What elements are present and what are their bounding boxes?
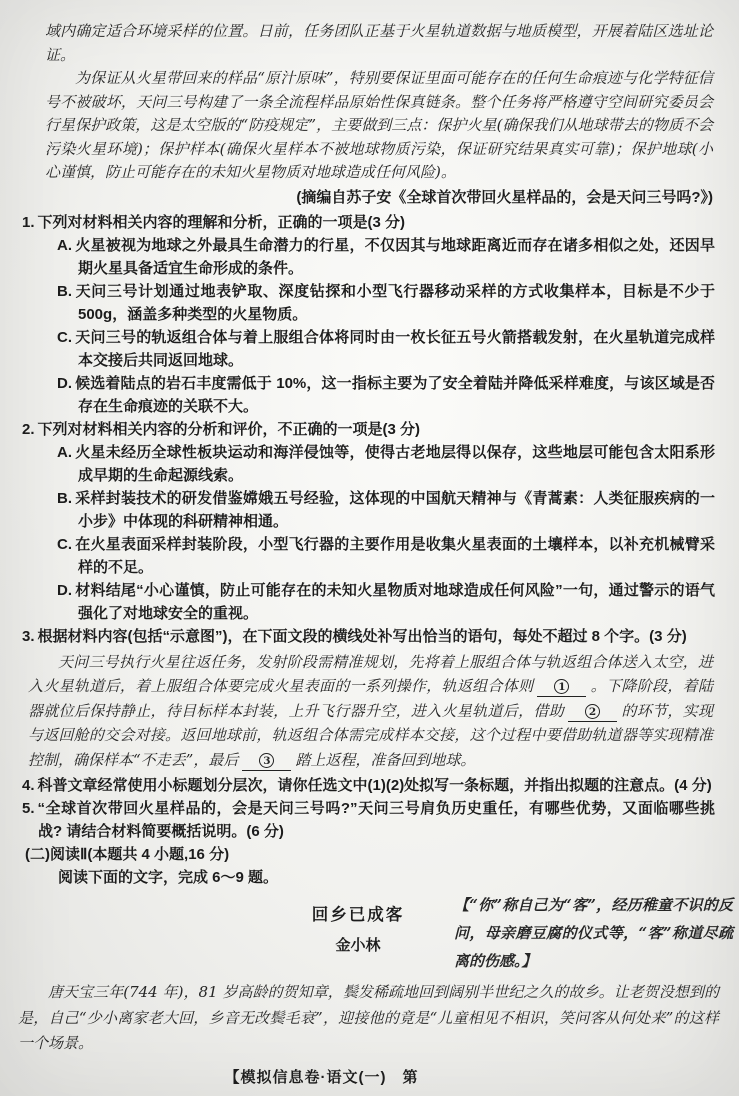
material-attribution: (摘编自苏子安《全球首次带回火星样品的，会是天问三号吗?》) [45,186,713,209]
question-number: 5. [22,800,38,817]
reading-title: 回乡已成客 [300,904,416,927]
material-paragraph-protection: 为保证从火星带回来的样品“原汁原味”，特别要保证里面可能存在的任何生命痕迹与化学… [45,67,713,185]
question-5-stem: 5.“全球首次带回火星样品的，会是天问三号吗?”天问三号肩负历史重任，有哪些优势… [22,797,715,843]
question-text: 下列对材料相关内容的分析和评价，不正确的一项是(3 分) [38,421,421,438]
option-text: 火星被视为地球之外最具生命潜力的行星，不仅因其与地球距离近而存在诸多相似之处，还… [75,237,715,277]
question-1: 1.下列对材料相关内容的理解和分析，正确的一项是(3 分) A.火星被视为地球之… [0,211,739,418]
reading-title-block: 回乡已成客 金小林 【“你”称自己为“客”，经历稚童不识的反问，母亲磨豆腐的仪式… [0,891,739,975]
question-1-option-d: D.候选着陆点的岩石丰度需低于 10%，这一指标主要为了安全着陆并降低采样难度，… [57,372,715,418]
option-label: D. [57,582,75,599]
question-number: 4. [22,777,38,794]
answer-blank-3: 3 [242,750,291,771]
question-1-option-b: B.天问三号计划通过地表铲取、深度钻探和小型飞行器移动采样的方式收集样本，目标是… [57,280,715,326]
question-3-passage: 天问三号执行火星往返任务，发射阶段需精准规划，先将着上服组合体与轨返组合体送入太… [28,650,713,773]
question-3: 3.根据材料内容(包括“示意图”)，在下面文段的横线处补写出恰当的语句，每处不超… [0,625,739,773]
question-text: 下列对材料相关内容的理解和分析，正确的一项是(3 分) [38,214,406,231]
section-2-header: (二)阅读Ⅱ(本题共 4 小题,16 分) [25,843,739,866]
option-label: B. [57,490,75,507]
section-2-instruction: 阅读下面的文字，完成 6～9 题。 [58,866,739,889]
question-2-option-d: D.材料结尾“小心谨慎，防止可能存在的未知火星物质对地球造成任何风险”一句，通过… [57,579,715,625]
option-label: C. [57,329,75,346]
option-text: 在火星表面采样封装阶段，小型飞行器的主要作用是收集火星表面的土壤样本，以补充机械… [75,536,715,576]
reading-author: 金小林 [300,934,416,957]
question-3-stem: 3.根据材料内容(包括“示意图”)，在下面文段的横线处补写出恰当的语句，每处不超… [22,625,715,648]
reading-paragraph: 唐天宝三年(744 年)，81 岁高龄的贺知章，鬓发稀疏地回到阔别半世纪之久的故… [18,980,719,1057]
option-label: A. [57,237,75,254]
option-text: 天问三号计划通过地表铲取、深度钻探和小型飞行器移动采样的方式收集样本，目标是不少… [75,283,715,323]
option-label: D. [57,375,75,392]
material-paragraph-continuation: 域内确定适合环境采样的位置。日前，任务团队正基于火星轨道数据与地质模型，开展着陆… [45,20,713,67]
question-4-stem: 4.科普文章经常使用小标题划分层次，请你任选文中(1)(2)处拟写一条标题，并指… [22,774,715,797]
question-2: 2.下列对材料相关内容的分析和评价，不正确的一项是(3 分) A.火星未经历全球… [0,418,739,625]
circled-number-3: 3 [259,753,274,768]
question-text: “全球首次带回火星样品的，会是天问三号吗?”天问三号肩负历史重任，有哪些优势，又… [38,800,715,840]
answer-blank-2: 2 [568,701,617,722]
question-2-option-b: B.采样封装技术的研发借鉴嫦娥五号经验，这体现的中国航天精神与《青蒿素：人类征服… [57,487,715,533]
option-text: 材料结尾“小心谨慎，防止可能存在的未知火星物质对地球造成任何风险”一句，通过警示… [75,582,715,622]
option-text: 采样封装技术的研发借鉴嫦娥五号经验，这体现的中国航天精神与《青蒿素：人类征服疾病… [75,490,715,530]
question-1-stem: 1.下列对材料相关内容的理解和分析，正确的一项是(3 分) [22,211,715,234]
option-label: B. [57,283,75,300]
answer-blank-1: 1 [537,676,586,697]
question-text: 根据材料内容(包括“示意图”)，在下面文段的横线处补写出恰当的语句，每处不超过 … [38,628,687,645]
page-footer: 【模拟信息卷·语文(一) 第 [0,1066,643,1089]
question-number: 2. [22,421,38,438]
question-1-option-a: A.火星被视为地球之外最具生命潜力的行星，不仅因其与地球距离近而存在诸多相似之处… [57,234,715,280]
question-2-option-c: C.在火星表面采样封装阶段，小型飞行器的主要作用是收集火星表面的土壤样本，以补充… [57,533,715,579]
option-label: C. [57,536,75,553]
option-text: 天问三号的轨返组合体与着上服组合体将同时由一枚长征五号火箭搭载发射，在火星轨道完… [75,329,715,369]
title-column: 回乡已成客 金小林 [300,904,416,957]
question-number: 3. [22,628,38,645]
question-1-option-c: C.天问三号的轨返组合体与着上服组合体将同时由一枚长征五号火箭搭载发射，在火星轨… [57,326,715,372]
exam-page: 域内确定适合环境采样的位置。日前，任务团队正基于火星轨道数据与地质模型，开展着陆… [0,0,739,1089]
question-2-option-a: A.火星未经历全球性板块运动和海洋侵蚀等，使得古老地层得以保存，这些地层可能包含… [57,441,715,487]
passage-segment: 踏上返程，准备回到地球。 [295,751,475,769]
circled-number-1: 1 [554,679,569,694]
option-text: 候选着陆点的岩石丰度需低于 10%，这一指标主要为了安全着陆并降低采样难度，与该… [75,375,715,415]
question-2-stem: 2.下列对材料相关内容的分析和评价，不正确的一项是(3 分) [22,418,715,441]
question-number: 1. [22,214,38,231]
question-text: 科普文章经常使用小标题划分层次，请你任选文中(1)(2)处拟写一条标题，并指出拟… [38,777,712,794]
circled-number-2: 2 [585,704,600,719]
option-label: A. [57,444,75,461]
option-text: 火星未经历全球性板块运动和海洋侵蚀等，使得古老地层得以保存，这些地层可能包含太阳… [75,444,715,484]
margin-annotation: 【“你”称自己为“客”，经历稚童不识的反问，母亲磨豆腐的仪式等，“客”称道尽疏离… [454,891,733,975]
